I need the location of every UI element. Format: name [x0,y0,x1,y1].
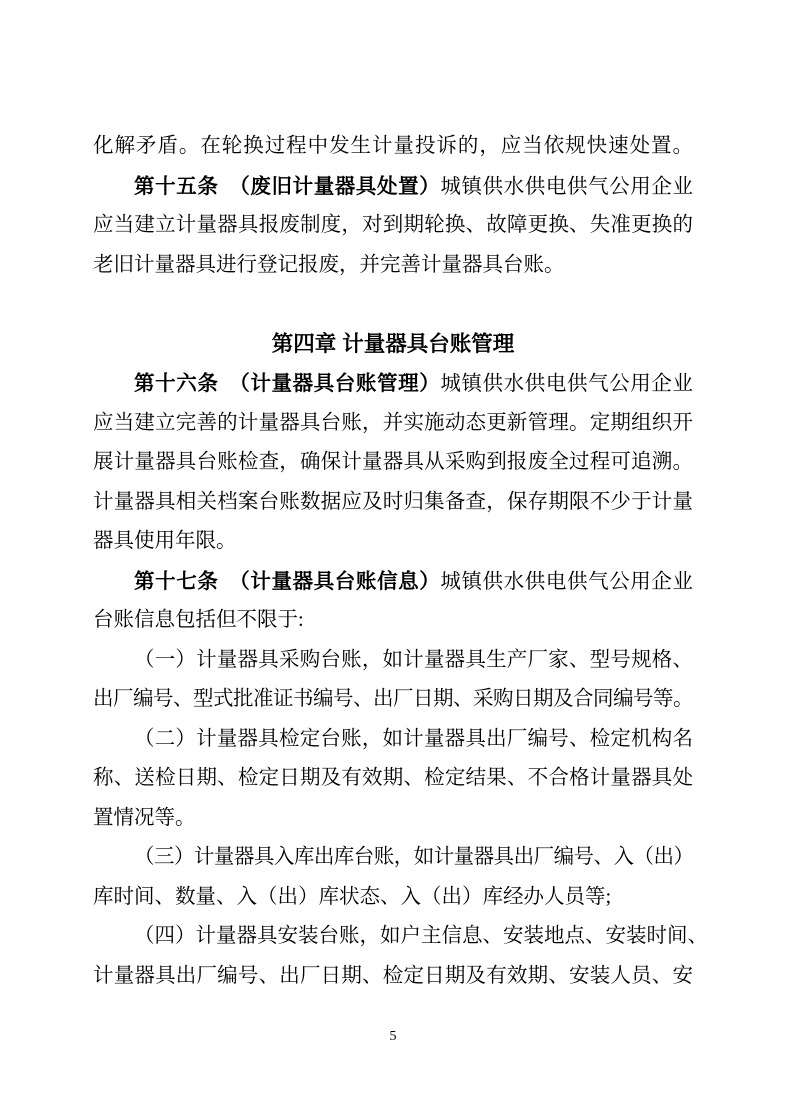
page-content: 化解矛盾。在轮换过程中发生计量投诉的，应当依规快速处置。 第十五条 （废旧计量器… [93,127,693,996]
doc-line-article-16: 第十六条 （计量器具台账管理）城镇供水供电供气公用企业 [93,364,693,404]
doc-line: 台账信息包括但不限于: [93,601,693,641]
doc-line: 展计量器具台账检查，确保计量器具从采购到报废全过程可追溯。 [93,443,693,483]
doc-line-item-3: （三）计量器具入库出库台账，如计量器具出厂编号、入（出） [93,838,693,878]
doc-line: 应当建立计量器具报废制度，对到期轮换、故障更换、失准更换的 [93,206,693,246]
doc-line: 置情况等。 [93,799,693,839]
chapter-heading: 第四章 计量器具台账管理 [93,325,693,365]
doc-line: 出厂编号、型式批准证书编号、出厂日期、采购日期及合同编号等。 [93,680,693,720]
line-text: 城镇供水供电供气公用企业 [440,373,693,395]
article-17-number: 第十七条 （计量器具台账信息） [134,570,440,593]
line-text: 城镇供水供电供气公用企业 [440,571,693,593]
doc-line-article-15: 第十五条 （废旧计量器具处置）城镇供水供电供气公用企业 [93,167,693,207]
doc-line: 老旧计量器具进行登记报废，并完善计量器具台账。 [93,246,693,286]
doc-line-item-2: （二）计量器具检定台账，如计量器具出厂编号、检定机构名 [93,720,693,760]
doc-line: 库时间、数量、入（出）库状态、入（出）库经办人员等; [93,878,693,918]
doc-line: 应当建立完善的计量器具台账，并实施动态更新管理。定期组织开 [93,404,693,444]
doc-line: 器具使用年限。 [93,522,693,562]
page-number: 5 [0,1029,786,1045]
document-page: 化解矛盾。在轮换过程中发生计量投诉的，应当依规快速处置。 第十五条 （废旧计量器… [0,0,786,1110]
doc-line: 计量器具相关档案台账数据应及时归集备查，保存期限不少于计量 [93,483,693,523]
doc-line: 计量器具出厂编号、出厂日期、检定日期及有效期、安装人员、安 [93,957,693,997]
doc-line: 称、送检日期、检定日期及有效期、检定结果、不合格计量器具处 [93,759,693,799]
line-text: 城镇供水供电供气公用企业 [440,176,693,198]
doc-line-article-17: 第十七条 （计量器具台账信息）城镇供水供电供气公用企业 [93,562,693,602]
article-16-number: 第十六条 （计量器具台账管理） [134,372,440,395]
doc-line: 化解矛盾。在轮换过程中发生计量投诉的，应当依规快速处置。 [93,127,693,167]
doc-line-item-4: （四）计量器具安装台账，如户主信息、安装地点、安装时间、 [93,917,693,957]
doc-line-item-1: （一）计量器具采购台账，如计量器具生产厂家、型号规格、 [93,641,693,681]
article-15-number: 第十五条 （废旧计量器具处置） [134,175,440,198]
